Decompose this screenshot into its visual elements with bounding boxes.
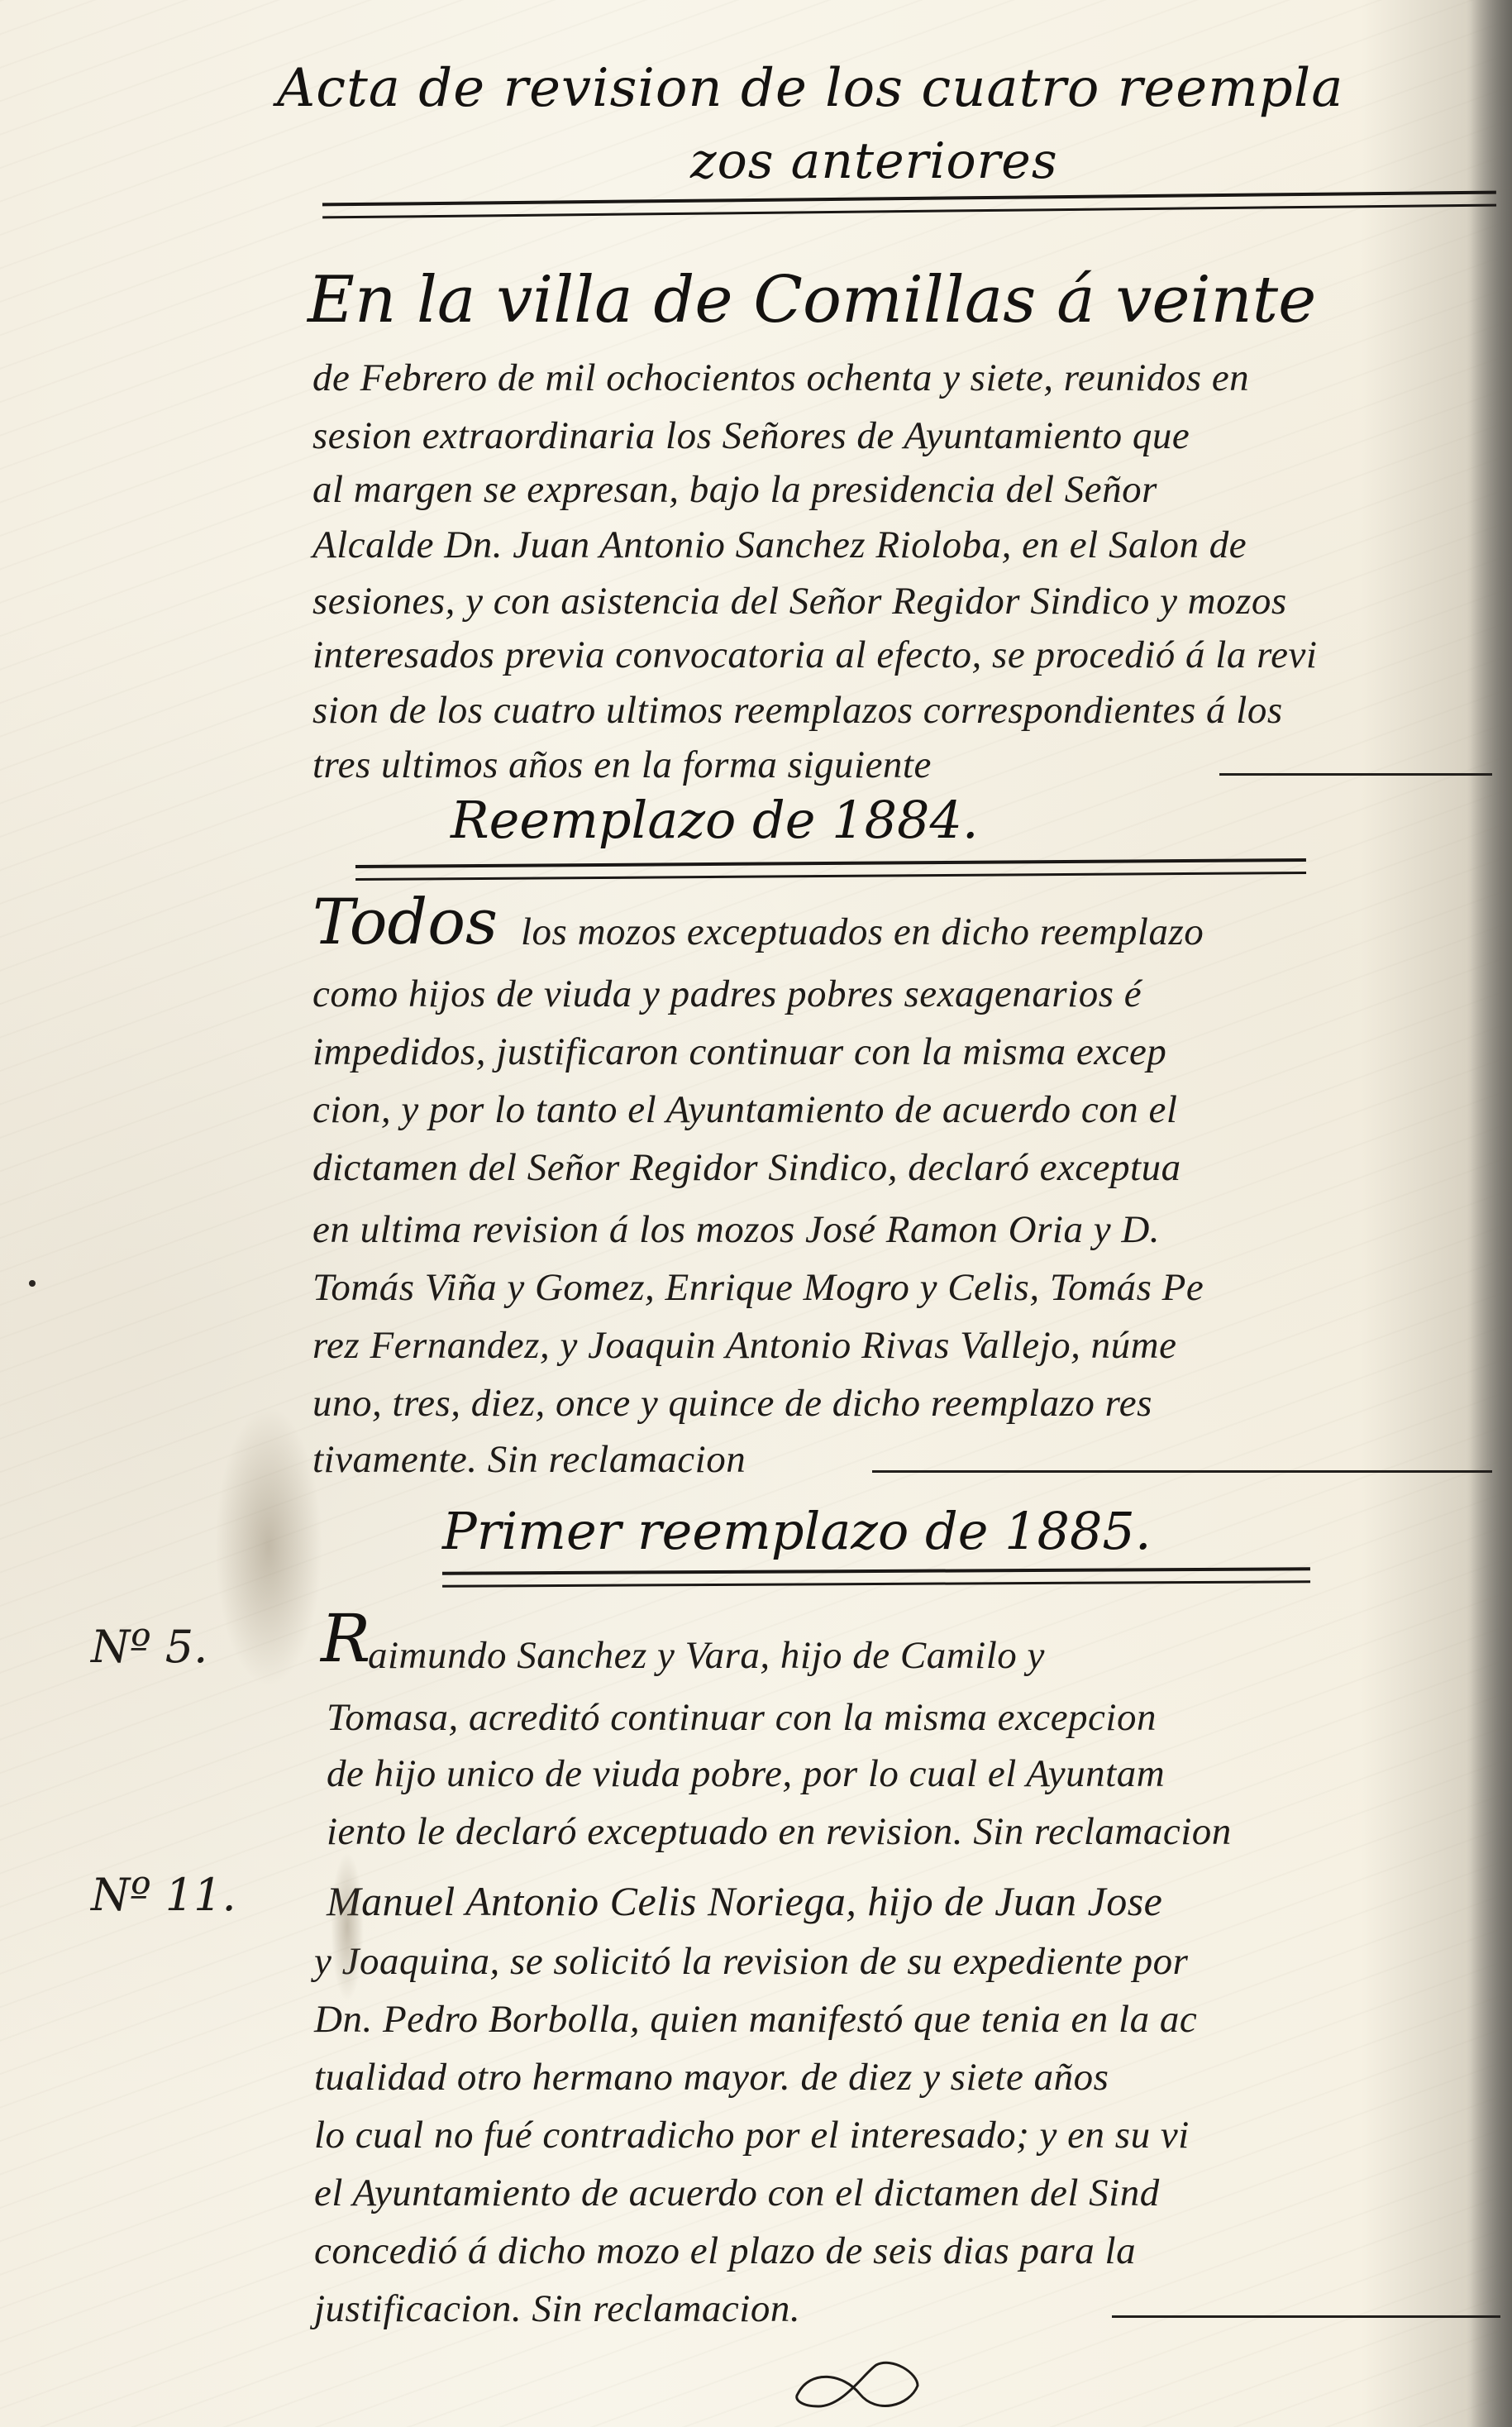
section-1884-line: Tomás Viña y Gomez, Enrique Mogro y Celi…	[312, 1265, 1204, 1310]
entry-line: concedió á dicho mozo el plazo de seis d…	[314, 2229, 1136, 2273]
entry-line: iento le declaró exceptuado en revision.…	[327, 1809, 1232, 1854]
section-1884-line: tivamente. Sin reclamacion	[312, 1437, 746, 1482]
intro-line: tres ultimos años en la forma siguiente	[312, 743, 932, 787]
line-filler-rule	[1112, 2315, 1500, 2318]
entry-line: Manuel Antonio Celis Noriega, hijo de Ju…	[327, 1877, 1162, 1925]
entry-line: y Joaquina, se solicitó la revision de s…	[314, 1939, 1188, 1984]
entry-line: justificacion. Sin reclamacion.	[314, 2286, 800, 2331]
section-1884-line: rez Fernandez, y Joaquin Antonio Rivas V…	[312, 1323, 1176, 1368]
section-1884-line: en ultima revision á los mozos José Ramo…	[312, 1207, 1160, 1252]
section-heading-1885: Primer reemplazo de 1885.	[442, 1501, 1152, 1561]
intro-line: sesiones, y con asistencia del Señor Reg…	[312, 579, 1287, 623]
section-1884-line: como hijos de viuda y padres pobres sexa…	[312, 972, 1142, 1016]
intro-line: sesion extraordinaria los Señores de Ayu…	[312, 413, 1190, 458]
entry-number: Nº 5.	[91, 1621, 207, 1673]
entry-line: el Ayuntamiento de acuerdo con el dictam…	[314, 2171, 1160, 2215]
ink-stain	[215, 1406, 322, 1687]
ink-dot	[29, 1280, 36, 1287]
section-heading-1884: Reemplazo de 1884.	[451, 790, 979, 850]
entry-line: Dn. Pedro Borbolla, quien manifestó que …	[314, 1997, 1197, 2042]
entry-line: Tomasa, acreditó continuar con la misma …	[327, 1695, 1157, 1740]
entry-line: de hijo unico de viuda pobre, por lo cua…	[327, 1751, 1165, 1796]
entry-line: aimundo Sanchez y Vara, hijo de Camilo y	[368, 1633, 1045, 1678]
intro-opening-line: En la villa de Comillas á veinte	[308, 263, 1316, 337]
document-title-line-1: Acta de revision de los cuatro reempla	[277, 58, 1343, 119]
intro-line: al margen se expresan, bajo la presidenc…	[312, 467, 1157, 512]
document-title-line-2: zos anteriores	[690, 132, 1058, 190]
section-1884-line: cion, y por lo tanto el Ayuntamiento de …	[312, 1087, 1177, 1132]
closing-flourish-icon	[794, 2348, 926, 2415]
section-1884-line: uno, tres, diez, once y quince de dicho …	[312, 1381, 1152, 1426]
section-1884-line: dictamen del Señor Regidor Sindico, decl…	[312, 1145, 1181, 1190]
intro-line: Alcalde Dn. Juan Antonio Sanchez Rioloba…	[312, 523, 1247, 567]
entry-number: Nº 11.	[91, 1869, 236, 1921]
section-1884-initial: Todos	[312, 885, 498, 958]
line-filler-rule	[872, 1470, 1492, 1473]
section-1884-line: los mozos exceptuados en dicho reemplazo	[521, 910, 1204, 954]
intro-line: sion de los cuatro ultimos reemplazos co…	[312, 688, 1283, 733]
book-gutter-shadow	[1471, 0, 1512, 2427]
intro-line: de Febrero de mil ochocientos ochenta y …	[312, 356, 1249, 400]
entry-line: lo cual no fué contradicho por el intere…	[314, 2113, 1190, 2157]
ink-stain	[331, 1852, 364, 2001]
intro-line: interesados previa convocatoria al efect…	[312, 633, 1317, 677]
section-1884-line: impedidos, justificaron continuar con la…	[312, 1030, 1166, 1074]
entry-line: tualidad otro hermano mayor. de diez y s…	[314, 2055, 1109, 2100]
line-filler-rule	[1219, 773, 1492, 776]
entry-initial: R	[321, 1600, 370, 1677]
